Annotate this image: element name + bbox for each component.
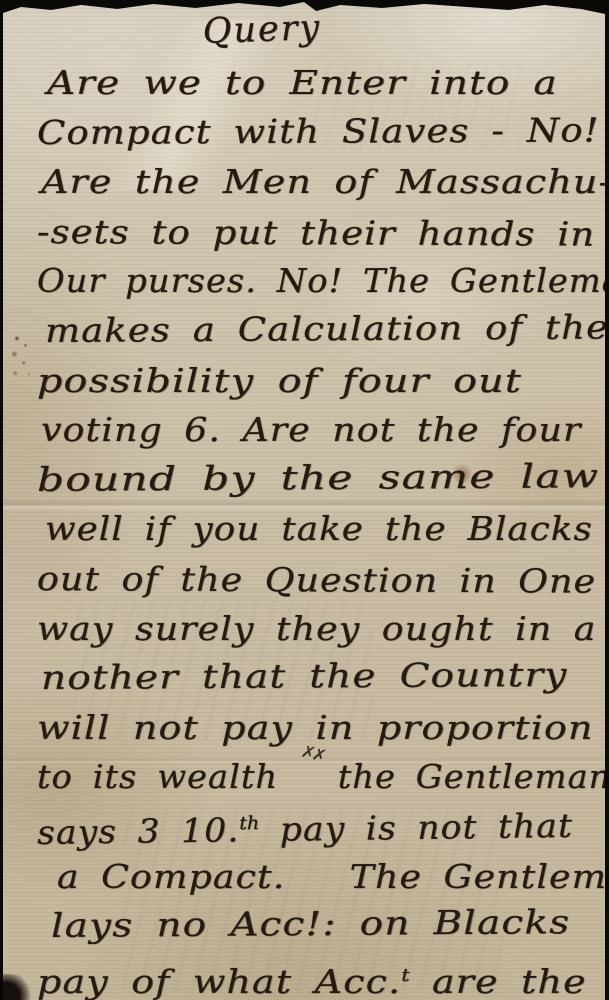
manuscript-line: makes a Calculation of the <box>45 302 605 355</box>
manuscript-line: well if you take the Blacks <box>45 504 605 554</box>
superscript-text: t <box>401 965 409 986</box>
superscript-text: th <box>239 813 259 834</box>
manuscript-line: Our purses. No! The Gentleman <box>37 256 605 306</box>
manuscript-line: lays no Acc!: on Blacks <box>51 896 605 950</box>
line-text: says 3 10. <box>37 810 240 852</box>
manuscript-line: -sets to put their hands in <box>37 207 605 260</box>
manuscript-line: possibility of four out <box>37 356 605 406</box>
manuscript-line: way surely they ought in a <box>37 604 605 654</box>
manuscript-line: Are the Men of Massachu- <box>41 157 605 207</box>
manuscript-body: Are we to Enter into a Compact with Slav… <box>37 58 595 1000</box>
line-text: pay of what Acc. <box>37 962 401 1000</box>
manuscript-line: will not pay in proportion <box>37 703 605 753</box>
manuscript-line: says 3 10.th pay is not that <box>37 794 605 851</box>
manuscript-line: nother that the Country <box>41 649 605 702</box>
corner-stain <box>3 974 31 1000</box>
manuscript-line: voting 6. Are not the four <box>41 405 605 455</box>
manuscript-line: pay of what Acc.t are the <box>37 951 605 1000</box>
manuscript-line: out of the Question in One <box>37 554 605 607</box>
manuscript-line: a Compact. The Gentleman <box>57 852 605 902</box>
paper-sheet: Query Are we to Enter into a Compact wit… <box>3 0 605 1000</box>
manuscript-line: Are we to Enter into a <box>47 58 605 108</box>
ink-smudge <box>5 328 39 386</box>
manuscript-photo: Query Are we to Enter into a Compact wit… <box>0 0 609 1000</box>
line-text: pay is not that <box>259 806 573 849</box>
manuscript-line: Compact with Slaves - No! <box>37 105 605 158</box>
manuscript-line: bound by the same law <box>37 450 605 504</box>
line-text: are the <box>410 962 587 1000</box>
